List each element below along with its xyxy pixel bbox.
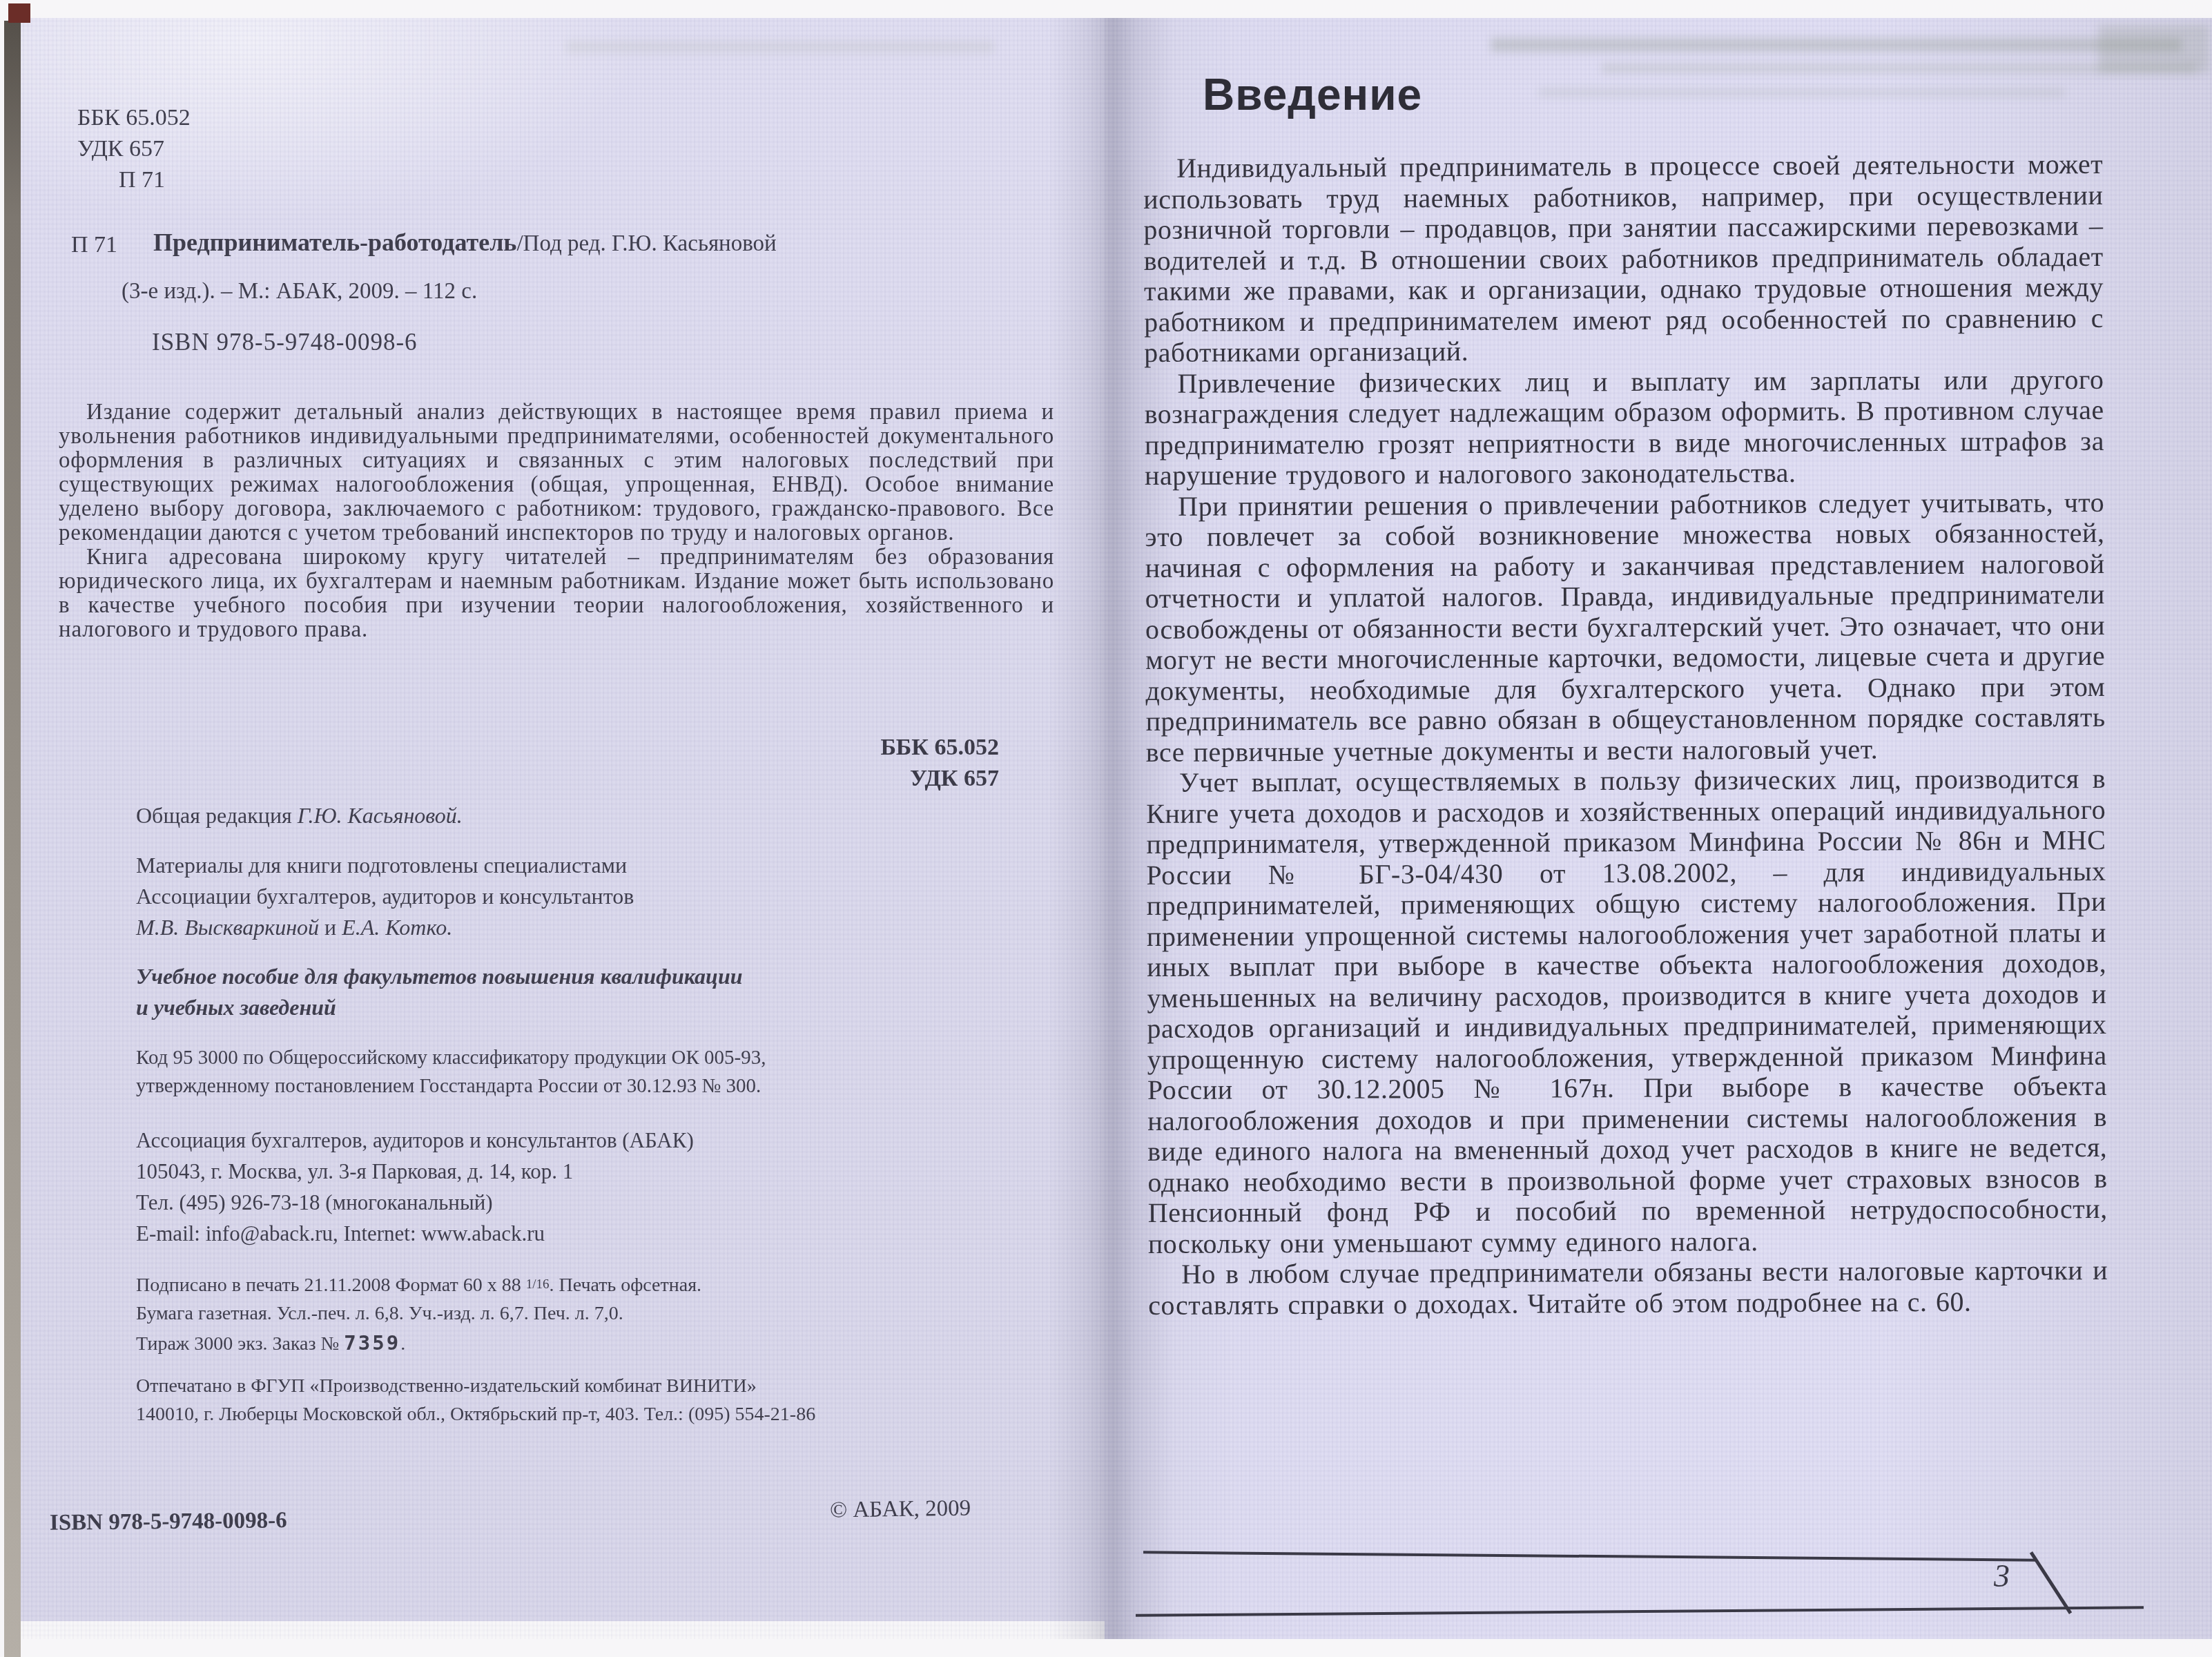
annotation-paragraph-2: Книга адресована широкому кругу читателе… <box>59 545 1054 642</box>
bleed-through-smudge <box>1491 38 2182 52</box>
introduction-heading: Введение <box>1203 69 1422 120</box>
intro-paragraph-2: Привлечение физических лиц и выплату им … <box>1144 364 2104 491</box>
materials-authors: М.В. Выскваркиной и Е.А. Котко. <box>136 915 452 940</box>
book-editor-note: /Под ред. Г.Ю. Касьяновой <box>516 231 776 256</box>
print-info-line-2: Бумага газетная. Усл.-печ. л. 6,8. Уч.-и… <box>136 1303 623 1325</box>
okp-code-line-1: Код 95 3000 по Общероссийскому классифик… <box>136 1047 766 1069</box>
copyright-notice: © АБАК, 2009 <box>830 1496 971 1524</box>
annotation-paragraph-1: Издание содержит детальный анализ действ… <box>59 400 1054 545</box>
print-format-tail: . Печать офсетная. <box>549 1275 701 1296</box>
print-format-text: Подписано в печать 21.11.2008 Формат 60 … <box>136 1275 526 1296</box>
publisher-phone: Тел. (495) 926-73-18 (многоканальный) <box>136 1190 493 1215</box>
bleed-through-smudge <box>566 41 994 52</box>
catalog-entry-edition: (3-е изд.). – М.: АБАК, 2009. – 112 с. <box>122 279 477 304</box>
textbook-note-line-2: и учебных заведений <box>136 995 336 1020</box>
order-number: 7359 <box>344 1331 400 1355</box>
print-format-fraction: 1/16 <box>526 1277 550 1292</box>
print-run-prefix: Тираж 3000 экз. Заказ № <box>136 1333 344 1355</box>
isbn-bottom: ISBN 978-5-9748-0098-6 <box>50 1508 287 1536</box>
order-number-period: . <box>400 1333 405 1355</box>
printing-house-line-1: Отпечатано в ФГУП «Производственно-издат… <box>136 1375 757 1397</box>
catalog-entry-title: Предприниматель-работодатель/Под ред. Г.… <box>153 228 777 257</box>
red-edge-mark <box>8 3 30 23</box>
bbk-code: ББК 65.052 <box>77 105 191 131</box>
intro-paragraph-3: При принятии решения о привлечении работ… <box>1145 487 2106 768</box>
page-number: 3 <box>1994 1558 2010 1594</box>
book-spine-edge <box>4 21 21 1657</box>
codes-right-block: ББК 65.052 УДК 657 <box>725 732 999 794</box>
annotation-block: Издание содержит детальный анализ действ… <box>59 400 1054 642</box>
intro-paragraph-4: Учет выплат, осуществляемых в пользу физ… <box>1146 764 2108 1259</box>
publisher-address: 105043, г. Москва, ул. 3-я Парковая, д. … <box>136 1159 573 1184</box>
printing-house-line-2: 140010, г. Люберцы Московской обл., Октя… <box>136 1404 815 1426</box>
print-info-line-3: Тираж 3000 экз. Заказ № 7359. <box>136 1331 405 1355</box>
intro-paragraph-5: Но в любом случае предприниматели обязан… <box>1148 1255 2108 1321</box>
textbook-note-line-1: Учебное пособие для факультетов повышени… <box>136 964 743 989</box>
book-spread-scan: ББК 65.052 УДК 657 П 71 П 71 Предпринима… <box>0 0 2212 1657</box>
author-name-2: Е.А. Котко. <box>342 915 452 940</box>
book-title: Предприниматель-работодатель <box>153 229 516 256</box>
intro-paragraph-1: Индивидуальный предприниматель в процесс… <box>1143 149 2104 369</box>
editor-prefix: Общая редакция <box>136 803 298 828</box>
publisher-name: Ассоциация бухгалтеров, аудиторов и конс… <box>136 1128 694 1153</box>
udk-code-right: УДК 657 <box>725 763 999 794</box>
editor-name: Г.Ю. Касьяновой. <box>298 803 463 828</box>
bleed-through-smudge <box>1540 88 2064 97</box>
authors-conjunction: и <box>319 915 342 940</box>
author-name-1: М.В. Выскваркиной <box>136 915 319 940</box>
okp-code-line-2: утвержденному постановлением Госстандарт… <box>136 1075 761 1098</box>
general-editor-line: Общая редакция Г.Ю. Касьяновой. <box>136 803 463 828</box>
bbk-code-right: ББК 65.052 <box>725 732 999 763</box>
introduction-body: Индивидуальный предприниматель в процесс… <box>1143 149 2108 1321</box>
materials-line-1: Материалы для книги подготовлены специал… <box>136 853 627 878</box>
publisher-email-site: E-mail: info@aback.ru, Internet: www.aba… <box>136 1221 545 1246</box>
catalog-entry-code: П 71 <box>71 232 117 258</box>
bleed-through-smudge <box>2099 25 2209 73</box>
isbn-top: ISBN 978-5-9748-0098-6 <box>152 329 418 356</box>
author-sign-code: П 71 <box>119 167 165 193</box>
udk-code: УДК 657 <box>77 136 164 162</box>
materials-line-2: Ассоциации бухгалтеров, аудиторов и конс… <box>136 884 634 909</box>
print-info-line-1: Подписано в печать 21.11.2008 Формат 60 … <box>136 1275 701 1297</box>
